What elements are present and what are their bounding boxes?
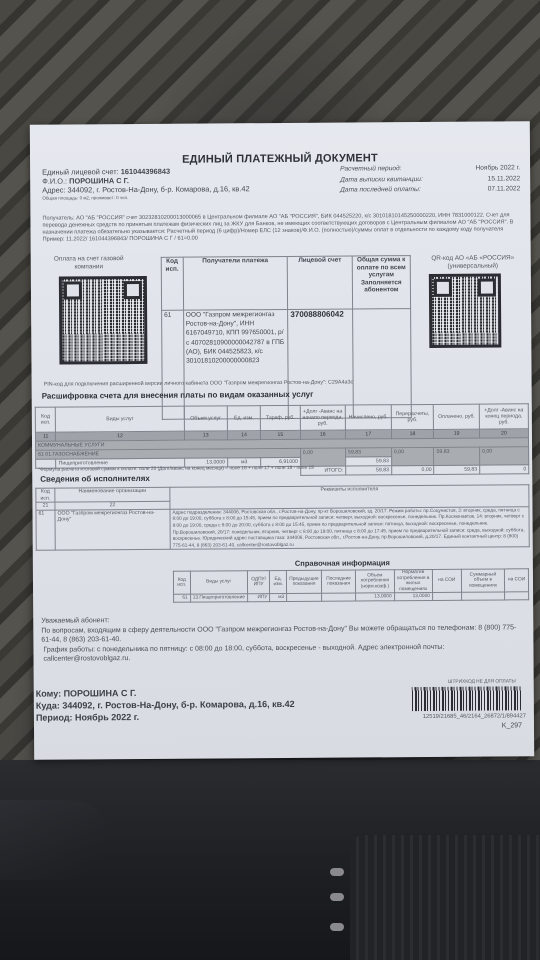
notice: Уважаемый абонент: По вопросам, входящим…: [41, 613, 521, 664]
total-input[interactable]: [352, 309, 411, 418]
payee-text: Получатель: АО "АБ "РОССИЯ" счет 3023281…: [42, 212, 520, 243]
column-number: 19: [434, 429, 480, 438]
header-cell: Виды услуг: [190, 571, 247, 594]
header-cell: Перерасчеты, руб.: [391, 404, 434, 429]
qr-left-caption: Оплата на счет газовой компании: [49, 255, 129, 272]
billing-period: Ноябрь 2022 г.: [475, 163, 520, 174]
executor-details: Адрес подразделения: 344006, Ростовская …: [170, 507, 529, 550]
reference-title: Справочная информация: [295, 558, 390, 568]
header-cell: Виды услуг: [56, 406, 184, 432]
header-cell: +Долг -Аванс на начало периода, руб.: [300, 405, 345, 430]
header-cell: Код исп.: [35, 407, 56, 432]
reference-table: Код исп. Виды услуг ОДПУ/ИПУ Ед. изм. Пр…: [173, 568, 529, 602]
header-cell: Оплачено, руб.: [434, 404, 480, 429]
header-cell: Наименование организации: [55, 487, 170, 502]
header-cell: Реквизиты исполнителя: [170, 485, 529, 509]
pedal: [350, 835, 540, 960]
billing-period-label: Расчетный период:: [340, 164, 401, 175]
column-number: 17: [345, 430, 391, 439]
pin-line: PIN-код для подключения расширенной верс…: [44, 377, 524, 388]
header-cell: Предыдущие показания: [286, 570, 321, 593]
barcode-icon: [412, 686, 522, 711]
end-balance: 0,00: [480, 447, 529, 465]
services-title: Расшифровка счета для внесения платы по …: [42, 390, 314, 401]
ref-unit: м3: [270, 593, 287, 601]
notice-line2: График работы: с понедельника по пятницу…: [41, 642, 521, 664]
bolt: [330, 923, 344, 931]
barcode-number: 12519/21685_46/2164_26872/1/894427: [423, 712, 526, 721]
header-account: Лицевой счет: [288, 256, 353, 309]
header-total: Общая сумма к оплате по всем услугам Зап…: [352, 256, 410, 309]
mailing-block: Кому: ПОРОШИНА С Г. Куда: 344092, г. Рос…: [36, 686, 295, 724]
ref-code: 61: [174, 594, 191, 602]
ref-norm-soi: [432, 592, 461, 600]
payment-document: ЕДИНЫЙ ПЛАТЕЖНЫЙ ДОКУМЕНТ Единый лицевой…: [30, 121, 534, 759]
recipient-code: 61: [162, 310, 184, 419]
mailing-address: Куда: 344092, г. Ростов-На-Дону, б-р. Ко…: [36, 698, 295, 712]
header-cell: Суммарный объем в помещениях: [461, 569, 505, 592]
ref-sum-rooms: [461, 592, 504, 600]
table-row: 61 ООО "Газпром межрегионгаз Ростов-на-Д…: [36, 507, 529, 551]
ref-service: 13.Пищеприготовление: [190, 594, 247, 602]
strap: [0, 800, 110, 880]
header-cell: Код исп.: [36, 488, 55, 502]
table-row: 61 ООО "Газпром межрегионгаз Ростов-на-Д…: [162, 309, 412, 420]
executors-title: Сведения об исполнителях: [40, 474, 150, 484]
column-number: 20: [479, 429, 528, 438]
header-code: Код исп.: [161, 257, 183, 310]
executor-name: ООО "Газпром межрегионгаз Ростов-на-Дону…: [55, 509, 170, 550]
qr-right-caption: QR-код АО «АБ «РОССИЯ» (универсальный): [423, 254, 523, 271]
header-cell: Ед. изм.: [227, 406, 261, 431]
executors-table: Код исп. Наименование организации Реквиз…: [35, 484, 529, 551]
bolt: [330, 893, 344, 901]
bolt: [330, 868, 344, 876]
fio-label: Ф.И.О.:: [42, 176, 67, 185]
address-label: Адрес:: [42, 186, 65, 195]
header-cell: Код исп.: [173, 571, 190, 594]
ref-prev: [287, 593, 322, 601]
header-cell: Объем потребления (норм.коэф.): [356, 570, 394, 593]
period-info: Расчетный период:Ноябрь 2022 г. Дата вып…: [340, 163, 520, 196]
area-line: Общая площадь: 0 м2, проживает: 0 чел.: [42, 193, 342, 203]
header-cell: +Долг -Аванс на конец периода, руб.: [479, 404, 528, 429]
recipient-account: 370088806042: [288, 309, 353, 418]
column-number: 16: [300, 430, 345, 439]
ref-volume: 13,0000: [356, 593, 394, 601]
column-number: 13: [184, 431, 227, 440]
header-cell: Последние показания: [321, 570, 355, 593]
column-number: 14: [227, 431, 260, 440]
last-payment-label: Дата последней оплаты:: [340, 185, 421, 196]
header-cell: Тариф, руб.: [260, 405, 300, 430]
header-cell: на СОИ: [432, 569, 461, 592]
header-cell: Объем услуг: [184, 406, 227, 431]
fio-value: ПОРОШИНА С Г.: [69, 176, 129, 185]
barcode-code: K_297: [502, 722, 522, 729]
header-cell: Норматив потребления в жилых помещениях: [394, 569, 432, 592]
header-cell: Ед. изм.: [270, 570, 287, 593]
qr-code-icon: [429, 273, 502, 348]
issue-date-label: Дата выписки квитанции:: [340, 175, 423, 186]
header-recipient: Получатели платежа: [183, 256, 288, 310]
column-number: 21: [36, 502, 55, 510]
executor-code: 61: [36, 510, 55, 551]
accrued: 59,83: [346, 448, 392, 457]
ref-sum-soi: [505, 592, 529, 600]
header-cell: Начислено, руб.: [345, 405, 391, 430]
ref-last: [322, 593, 356, 601]
ref-meter: ИПУ: [247, 594, 270, 602]
last-payment: 07.11.2022: [488, 184, 521, 195]
column-number: 18: [391, 429, 434, 438]
header-cell: ОДПУ/ИПУ: [247, 571, 270, 594]
column-number: 15: [261, 430, 301, 439]
address-value: 344092, г. Ростов-На-Дону, б-р. Комарова…: [67, 184, 249, 194]
qr-code-icon: [59, 276, 148, 365]
account-header: Единый лицевой счет: 161044396843 Ф.И.О.…: [42, 166, 342, 203]
account-number: 161044396843: [121, 167, 170, 176]
ref-norm: 13,0000: [394, 592, 432, 600]
issue-date: 15.11.2022: [488, 174, 521, 185]
column-number: 11: [35, 432, 56, 441]
mailing-period: Период: Ноябрь 2022 г.: [36, 710, 295, 724]
recipient-name: ООО "Газпром межрегионгаз Ростов-на-Дону…: [183, 309, 288, 419]
header-cell: на СОИ: [505, 569, 529, 592]
table-row: 61 13.Пищеприготовление ИПУ м3 13,0000 1…: [174, 592, 529, 602]
